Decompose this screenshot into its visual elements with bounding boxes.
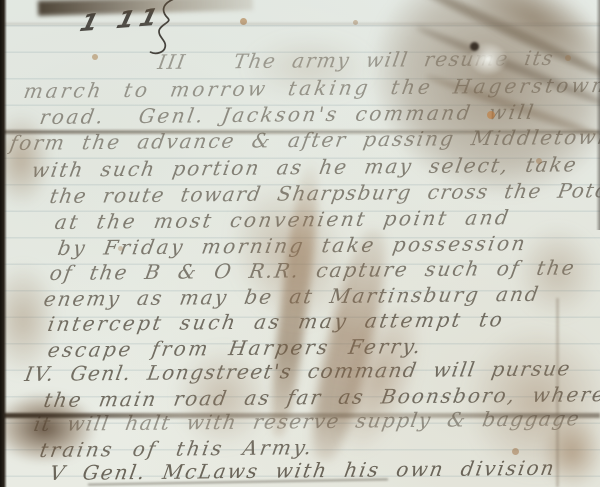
manuscript-line: of the B & O R.R. capture such of the — [48, 256, 578, 285]
manuscript-line: form the advance & after passing Middlet… — [8, 125, 600, 155]
manuscript-line: intercept such as may attempt to — [46, 307, 506, 336]
manuscript-line: it will halt with reserve supply & bagga… — [32, 406, 582, 436]
manuscript-line: IV. Genl. Longstreet's command will purs… — [23, 356, 573, 386]
brace-flourish-icon — [146, 0, 188, 56]
foxing-spot — [512, 448, 519, 455]
manuscript-line: with such portion as he may select, take — [30, 152, 580, 182]
foxing-spot — [240, 18, 247, 25]
foxing-spot — [92, 54, 98, 60]
manuscript-line: enemy as may be at Martinsburg and — [42, 282, 542, 311]
manuscript-line: III The army will resume its — [156, 46, 556, 74]
manuscript-line: by Friday morning take possession — [56, 231, 529, 260]
photo-edge-left — [0, 0, 7, 487]
manuscript-photo: 1 11 III The army will resume its march … — [0, 0, 600, 487]
foxing-spot — [353, 20, 358, 25]
foxing-spot — [565, 55, 571, 61]
manuscript-line: at the most convenient point and — [53, 205, 513, 234]
manuscript-line: march to morrow taking the Hagerstown — [22, 73, 600, 103]
manuscript-line: road. Genl. Jackson's command will — [38, 100, 538, 129]
manuscript-line: the route toward Sharpsburg cross the Po… — [48, 178, 600, 208]
